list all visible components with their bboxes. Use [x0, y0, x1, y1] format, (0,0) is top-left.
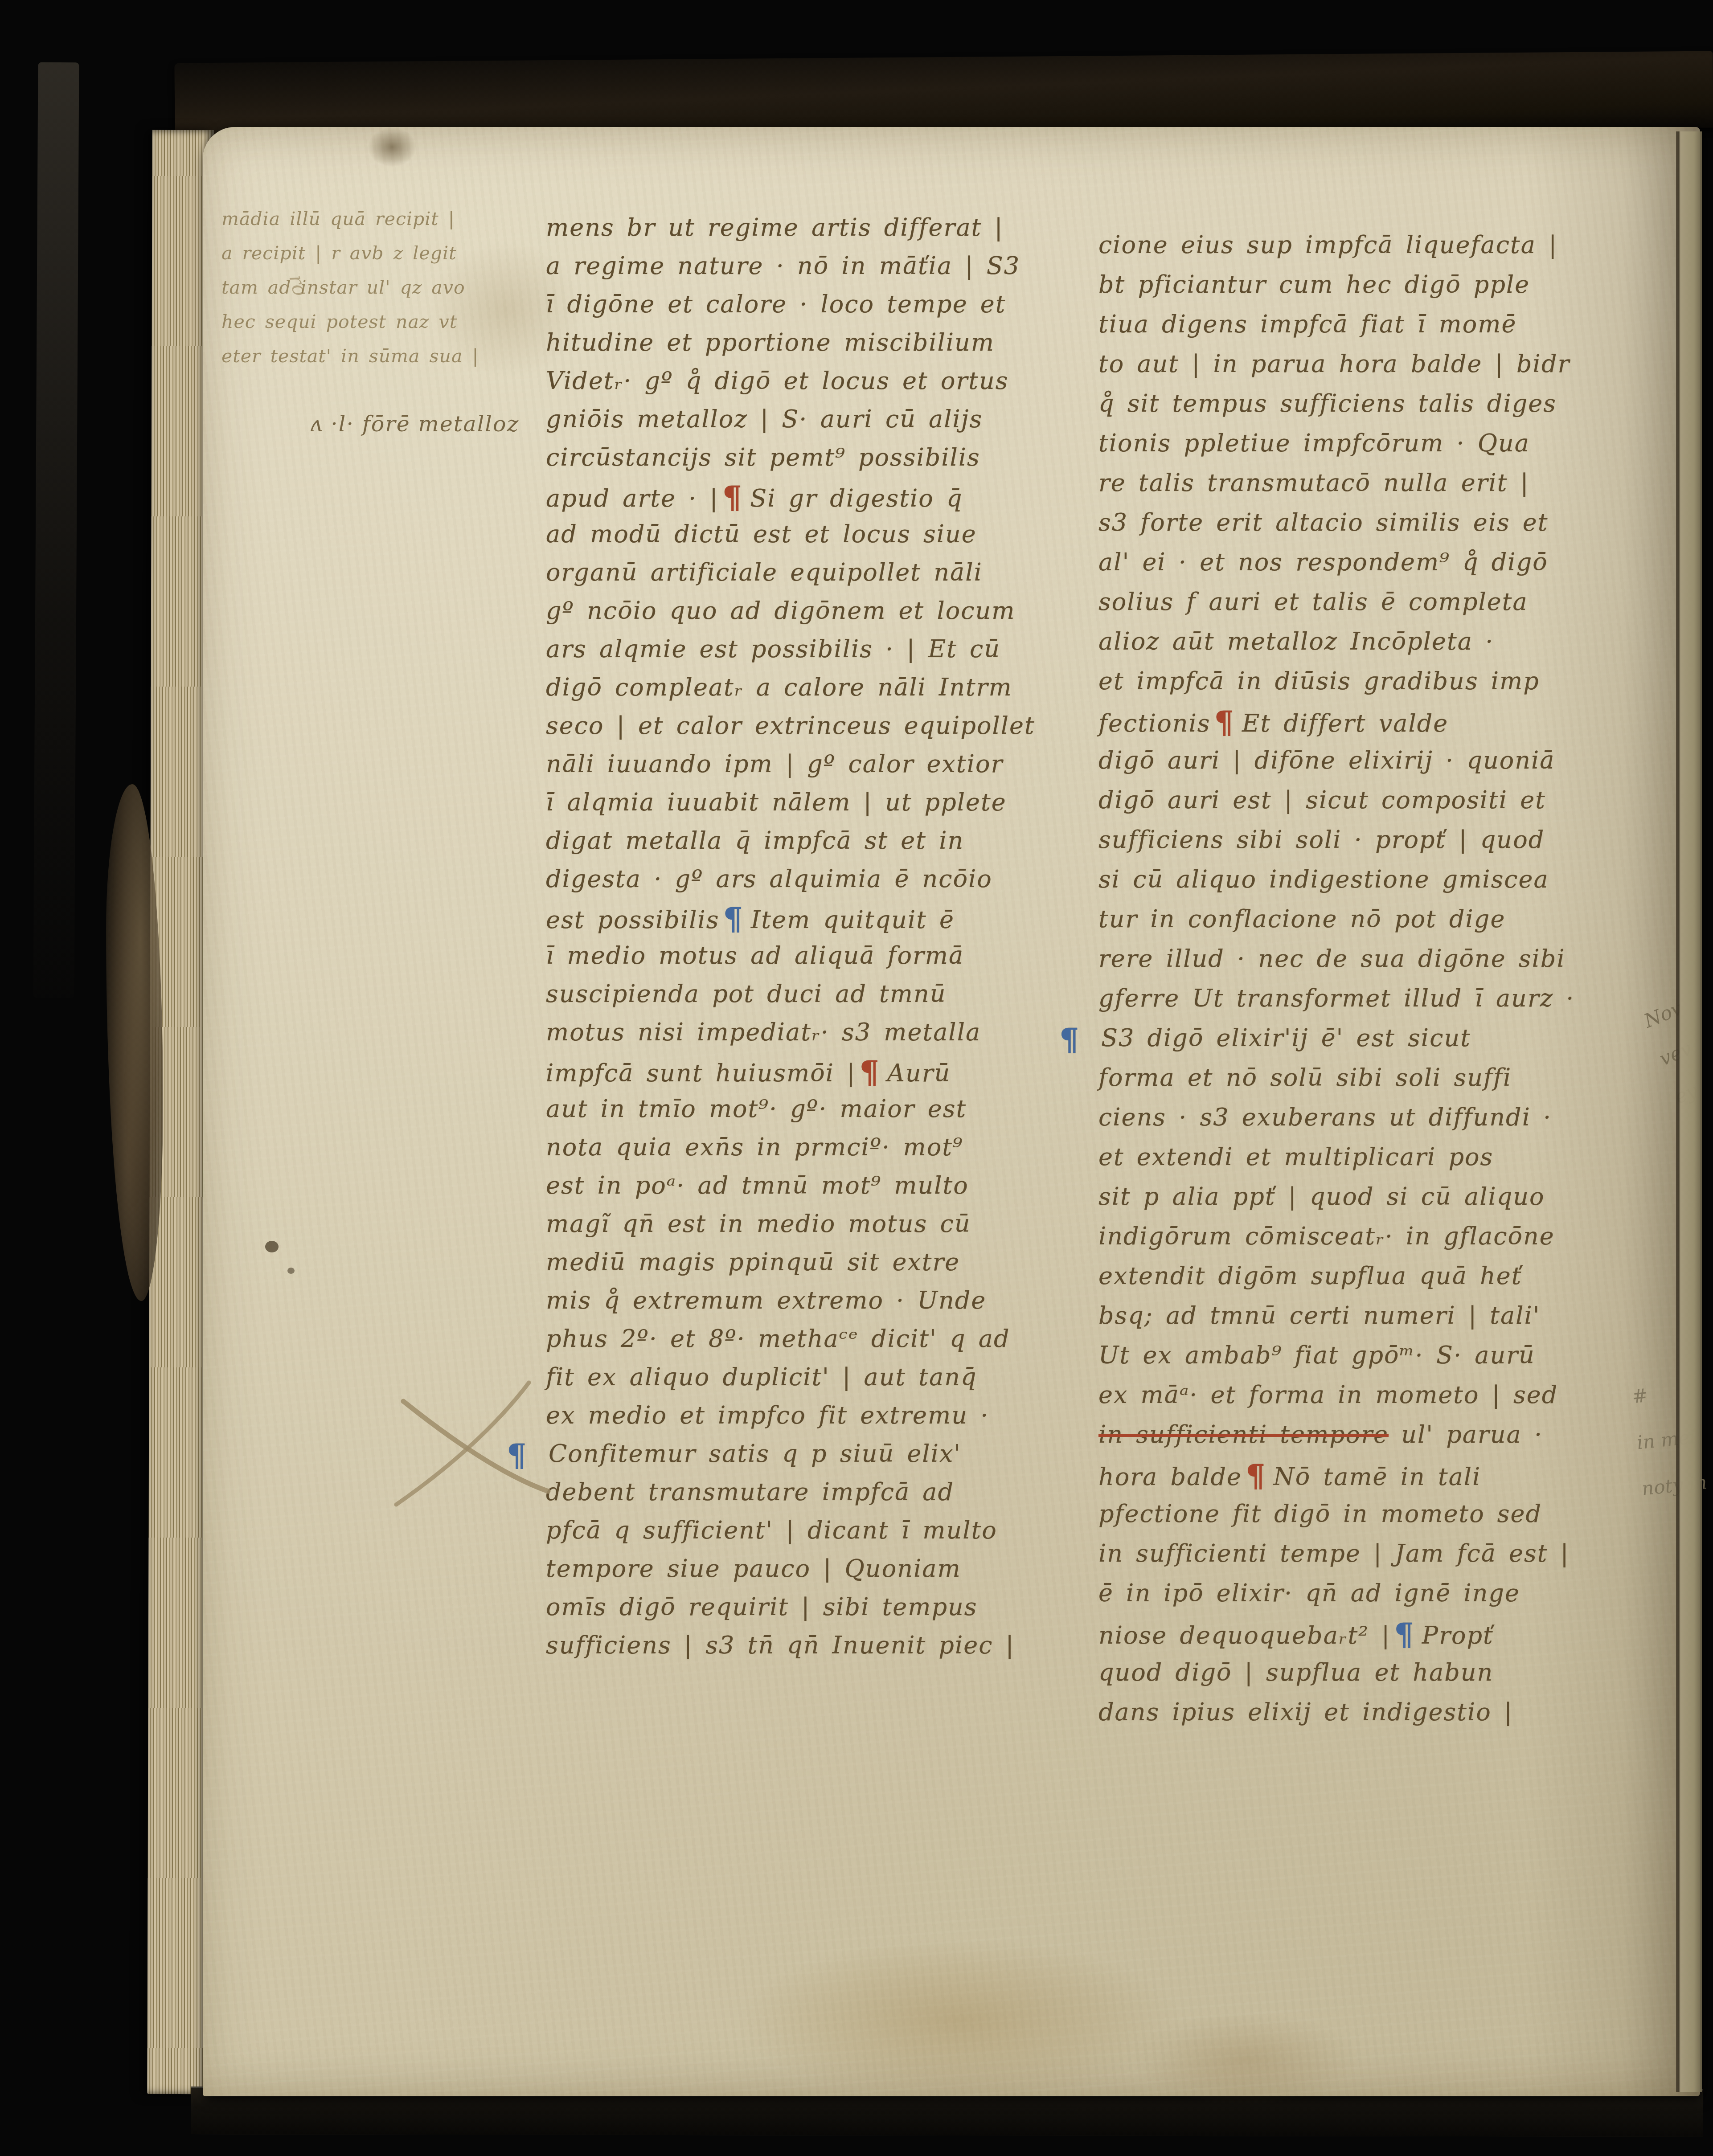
text-run: al' ei · et nos respondem⁹ q̊ digō: [1098, 548, 1548, 576]
manuscript-line: digō compleatᵣ a calore nāli Intrm: [546, 668, 1035, 707]
text-run: to aut | in parua hora balde | bidr: [1098, 350, 1570, 378]
manuscript-line: est in poᵃ· ad tmnū mot⁹ multo: [546, 1166, 1035, 1205]
manuscript-line: pfectione fit digō in mometo sed: [1098, 1494, 1575, 1534]
manuscript-line: hitudine et pportione miscibilium: [546, 323, 1035, 362]
text-run: omīs digō requirit | sibi tempus: [546, 1593, 978, 1621]
manuscript-line: extendit digōm supflua quā heť: [1098, 1256, 1575, 1296]
photo-background: { "colors": { "ink": "#5e4c2e", "ink_fad…: [0, 0, 1713, 2156]
manuscript-line: nāli iuuando ipm | gº calor extior: [546, 745, 1035, 783]
manuscript-line: est possibilis¶Item quitquit ē: [546, 898, 1035, 937]
text-run: pfcā q sufficient' | dicant ī multo: [546, 1516, 997, 1544]
text-run: alioz aūt metalloz Incōpleta ·: [1098, 627, 1494, 655]
manuscript-line: quod digō | supflua et habun: [1098, 1653, 1575, 1692]
manuscript-line: mis q̊ extremum extremo · Unde: [546, 1281, 1035, 1320]
manuscript-line: mens br ut regime artis differat |: [546, 209, 1035, 247]
text-run: digat metalla q̄ impfcā st et in: [546, 826, 964, 855]
text-run: Confitemur satis q p siuū elix': [549, 1440, 961, 1468]
text-run: sit p alia ppť | quod si cū aliquo: [1098, 1182, 1545, 1211]
manuscript-line: in sufficienti tempore ul' parua ·: [1098, 1415, 1575, 1454]
manuscript-line: tionis ppletiue impfcōrum · Qua: [1098, 423, 1575, 463]
text-run: tionis ppletiue impfcōrum · Qua: [1098, 429, 1530, 457]
text-run: ī alqmia iuuabit nālem | ut pplete: [546, 788, 1007, 816]
manuscript-line: fit ex aliquo duplicit' | aut tanq̄: [546, 1358, 1035, 1396]
manuscript-line: et extendi et multiplicari pos: [1098, 1137, 1575, 1177]
manuscript-line: digō auri | difōne elixirij · quoniā: [1098, 740, 1575, 780]
manuscript-line: debent transmutare impfcā ad: [546, 1473, 1035, 1511]
margin-side-note: ʌ ·l· fōrē metalloz: [310, 411, 519, 437]
manuscript-line: tempore siue pauco | Quoniam: [546, 1550, 1035, 1588]
manuscript-line: ī digōne et calore · loco tempe et: [546, 285, 1035, 323]
text-run: gº ncōio quo ad digōnem et locum: [546, 597, 1015, 625]
margin-note-line: eter testat' in sūma sua |: [221, 339, 479, 373]
text-column-right: cione eius sup impfcā liquefacta |bt pfi…: [1098, 225, 1575, 1732]
manuscript-line: ex medio et impfco fit extremu ·: [546, 1396, 1035, 1435]
margin-note-line: a recipit | r avb z legit: [221, 236, 479, 270]
text-run: et impfcā in diūsis gradibus imp: [1098, 667, 1540, 695]
text-run: bt pficiantur cum hec digō pple: [1098, 270, 1530, 299]
text-run: hitudine et pportione miscibilium: [546, 328, 995, 356]
manuscript-line: suscipienda pot duci ad tmnū: [546, 975, 1035, 1013]
stain: [1130, 2012, 1361, 2105]
manuscript-line: ad modū dictū est et locus siue: [546, 515, 1035, 553]
manuscript-line: apud arte · |¶Si gr digestio q̄: [546, 477, 1035, 515]
text-run: dans ipius elixij et indigestio |: [1098, 1698, 1513, 1726]
text-run: mis q̊ extremum extremo · Unde: [546, 1286, 986, 1314]
manuscript-line: bsq; ad tmnū certi numeri | tali': [1098, 1296, 1575, 1335]
struck-text: in sufficienti tempore: [1098, 1420, 1389, 1448]
text-run: ciens · s3 exuberans ut diffundi ·: [1098, 1103, 1552, 1131]
manuscript-line: pfcā q sufficient' | dicant ī multo: [546, 1511, 1035, 1550]
text-run: ars alqmie est possibilis · | Et cū: [546, 635, 1000, 663]
manuscript-line: a regime nature · nō in māťia | S3: [546, 247, 1035, 285]
text-run: ī digōne et calore · loco tempe et: [546, 290, 1006, 318]
text-run: bsq; ad tmnū certi numeri | tali': [1098, 1301, 1541, 1330]
manuscript-line: et impfcā in diūsis gradibus imp: [1098, 661, 1575, 701]
manuscript-line: gº ncōio quo ad digōnem et locum: [546, 592, 1035, 630]
manuscript-line: motus nisi impediatᵣ· s3 metalla: [546, 1013, 1035, 1051]
manuscript-line: circūstancijs sit pemt⁹ possibilis: [546, 438, 1035, 477]
margin-note-line: hec sequi potest naz vt: [221, 305, 479, 339]
manuscript-line: ¶Confitemur satis q p siuū elix': [546, 1435, 1035, 1473]
pilcrow-red-icon: ¶: [722, 479, 743, 515]
next-leaf-edge: [1676, 131, 1702, 2092]
manuscript-line: ē in ipō elixir· qn̄ ad ignē inge: [1098, 1573, 1575, 1613]
manuscript-line: re talis transmutacō nulla erit |: [1098, 463, 1575, 503]
text-run: sufficiens | s3 tn̄ qn̄ Inuenit piec |: [546, 1631, 1015, 1659]
manuscript-line: Videtᵣ· gº q̊ digō et locus et ortus: [546, 362, 1035, 400]
text-run: gferre Ut transformet illud ī aurz ·: [1098, 984, 1575, 1012]
manuscript-line: digō auri est | sicut compositi et: [1098, 780, 1575, 820]
manuscript-line: magĩ qn̄ est in medio motus cū: [546, 1205, 1035, 1243]
book-cover-left-edge: [33, 62, 79, 998]
manuscript-line: q̊ sit tempus sufficiens talis diges: [1098, 384, 1575, 423]
text-run: forma et nō solū sibi soli suffi: [1098, 1064, 1512, 1092]
text-run: q̊ sit tempus sufficiens talis diges: [1098, 389, 1557, 417]
manuscript-line: dans ipius elixij et indigestio |: [1098, 1692, 1575, 1732]
text-run: est possibilis: [546, 906, 719, 934]
text-run: cione eius sup impfcā liquefacta |: [1098, 231, 1557, 259]
text-run: ad modū dictū est et locus siue: [546, 520, 977, 548]
manuscript-line: gferre Ut transformet illud ī aurz ·: [1098, 978, 1575, 1018]
text-run: re talis transmutacō nulla erit |: [1098, 469, 1529, 497]
text-run: si cū aliquo indigestione gmiscea: [1098, 865, 1549, 893]
text-run: organū artificiale equipollet nāli: [546, 558, 983, 586]
manuscript-line: to aut | in parua hora balde | bidr: [1098, 344, 1575, 384]
text-run: mediū magis ppinquū sit extre: [546, 1248, 960, 1276]
text-run: mens br ut regime artis differat |: [546, 213, 1004, 241]
text-run: S3 digō elixir'ij ē' est sicut: [1101, 1024, 1471, 1052]
manuscript-line: gniōis metalloz | S· auri cū alijs: [546, 400, 1035, 438]
manuscript-line: digat metalla q̄ impfcā st et in: [546, 822, 1035, 860]
text-column-left: mens br ut regime artis differat |a regi…: [546, 209, 1035, 1665]
manuscript-line: in sufficienti tempe | Jam fcā est |: [1098, 1534, 1575, 1573]
text-run: Item quitquit ē: [751, 906, 955, 934]
text-run: ul' parua ·: [1389, 1420, 1543, 1448]
text-run: aut in tmīo mot⁹· gº· maior est: [546, 1095, 967, 1123]
text-run: hora balde: [1098, 1463, 1242, 1491]
manuscript-line: fectionis¶Et differt valde: [1098, 701, 1575, 740]
manuscript-line: rere illud · nec de sua digōne sibi: [1098, 939, 1575, 978]
text-run: digō auri | difōne elixirij · quoniā: [1098, 746, 1555, 774]
manuscript-line: s3 forte erit altacio similis eis et: [1098, 503, 1575, 542]
manuscript-line: al' ei · et nos respondem⁹ q̊ digō: [1098, 542, 1575, 582]
manuscript-line: ī alqmia iuuabit nālem | ut pplete: [546, 783, 1035, 822]
text-run: tur in conflacione nō pot dige: [1098, 905, 1505, 933]
text-run: apud arte · |: [546, 484, 719, 512]
text-run: Aurū: [887, 1059, 951, 1087]
text-run: s3 forte erit altacio similis eis et: [1098, 508, 1548, 536]
text-run: digesta · gº ars alquimia ē ncōio: [546, 865, 992, 893]
text-run: magĩ qn̄ est in medio motus cū: [546, 1210, 971, 1238]
text-run: ī medio motus ad aliquā formā: [546, 941, 964, 970]
manuscript-line: ¶S3 digō elixir'ij ē' est sicut: [1098, 1018, 1575, 1058]
ink-spot: [287, 1268, 295, 1274]
stain: [368, 127, 417, 167]
text-run: tiua digens impfcā fiat ī momē: [1098, 310, 1516, 338]
manuscript-line: hora balde¶Nō tamē in tali: [1098, 1454, 1575, 1494]
manuscript-line: cione eius sup impfcā liquefacta |: [1098, 225, 1575, 265]
manuscript-line: digesta · gº ars alquimia ē ncōio: [546, 860, 1035, 898]
text-run: seco | et calor extrinceus equipollet: [546, 712, 1035, 740]
text-run: suscipienda pot duci ad tmnū: [546, 980, 947, 1008]
manuscript-line: ī medio motus ad aliquā formā: [546, 937, 1035, 975]
text-run: tempore siue pauco | Quoniam: [546, 1555, 961, 1583]
text-run: rere illud · nec de sua digōne sibi: [1098, 945, 1565, 973]
text-run: Si gr digestio q̄: [750, 484, 963, 512]
text-run: motus nisi impediatᵣ· s3 metalla: [546, 1018, 981, 1046]
text-run: in sufficienti tempe | Jam fcā est |: [1098, 1539, 1570, 1567]
manuscript-line: ars alqmie est possibilis · | Et cū: [546, 630, 1035, 668]
manuscript-line: impfcā sunt huiusmōi |¶Aurū: [546, 1051, 1035, 1090]
text-run: et extendi et multiplicari pos: [1098, 1143, 1493, 1171]
pilcrow-red-icon: ¶: [1246, 1457, 1266, 1494]
margin-x-mark: [390, 1375, 559, 1517]
text-run: nota quia exn̄s in prmciº· mot⁹: [546, 1133, 963, 1161]
text-run: digō compleatᵣ a calore nāli Intrm: [546, 673, 1012, 701]
text-run: pfectione fit digō in mometo sed: [1098, 1500, 1542, 1528]
text-run: Et differt valde: [1242, 709, 1448, 737]
manuscript-line: tur in conflacione nō pot dige: [1098, 899, 1575, 939]
text-run: debent transmutare impfcā ad: [546, 1478, 954, 1506]
manuscript-line: sit p alia ppť | quod si cū aliquo: [1098, 1177, 1575, 1216]
manuscript-line: indigōrum cōmisceatᵣ· in gflacōne: [1098, 1216, 1575, 1256]
text-run: Propť: [1422, 1621, 1494, 1649]
manuscript-line: sufficiens sibi soli · propť | quod: [1098, 820, 1575, 859]
pilcrow-red-icon: ¶: [1214, 704, 1235, 740]
text-run: ex māᵃ· et forma in mometo | sed: [1098, 1381, 1558, 1409]
text-run: impfcā sunt huiusmōi |: [546, 1059, 856, 1087]
text-run: circūstancijs sit pemt⁹ possibilis: [546, 443, 980, 471]
manuscript-line: ciens · s3 exuberans ut diffundi ·: [1098, 1097, 1575, 1137]
text-run: niose dequoquebaᵣt² |: [1098, 1621, 1390, 1649]
text-run: a regime nature · nō in māťia | S3: [546, 252, 1020, 280]
manuscript-line: ex māᵃ· et forma in mometo | sed: [1098, 1375, 1575, 1415]
manuscript-page: mādia illū quā recipit | a recipit | r a…: [203, 127, 1700, 2096]
text-run: extendit digōm supflua quā heť: [1098, 1262, 1522, 1290]
text-run: fit ex aliquo duplicit' | aut tanq̄: [546, 1363, 977, 1391]
manuscript-line: sufficiens | s3 tn̄ qn̄ Inuenit piec |: [546, 1626, 1035, 1665]
text-run: fectionis: [1098, 709, 1210, 737]
margin-note-line: tam ad instar ul' qz avo: [221, 270, 479, 305]
ink-spot: [265, 1241, 279, 1252]
text-run: ē in ipō elixir· qn̄ ad ignē inge: [1098, 1579, 1520, 1607]
manuscript-line: forma et nō solū sibi soli suffi: [1098, 1058, 1575, 1097]
text-run: nāli iuuando ipm | gº calor extior: [546, 750, 1003, 778]
text-run: Nō tamē in tali: [1274, 1463, 1481, 1491]
manuscript-line: mediū magis ppinquū sit extre: [546, 1243, 1035, 1281]
text-run: solius f auri et talis ē completa: [1098, 588, 1528, 616]
manuscript-line: bt pficiantur cum hec digō pple: [1098, 265, 1575, 304]
pilcrow-blue-icon: ¶: [1059, 1019, 1080, 1059]
pilcrow-red-icon: ¶: [859, 1053, 880, 1090]
pilcrow-blue-icon: ¶: [723, 900, 744, 937]
text-run: digō auri est | sicut compositi et: [1098, 786, 1546, 814]
manuscript-line: Ut ex ambab⁹ fiat gpōᵐ· S· aurū: [1098, 1335, 1575, 1375]
manuscript-line: niose dequoquebaᵣt² |¶Propť: [1098, 1613, 1575, 1653]
manuscript-line: nota quia exn̄s in prmciº· mot⁹: [546, 1128, 1035, 1166]
margin-annotation-block: mādia illū quā recipit | a recipit | r a…: [221, 202, 479, 373]
manuscript-line: seco | et calor extrinceus equipollet: [546, 707, 1035, 745]
text-run: gniōis metalloz | S· auri cū alijs: [546, 405, 983, 433]
margin-note-line: mādia illū quā recipit |: [221, 202, 479, 236]
text-run: quod digō | supflua et habun: [1098, 1658, 1493, 1686]
manuscript-line: si cū aliquo indigestione gmiscea: [1098, 859, 1575, 899]
text-run: phus 2º· et 8º· methaᶜᵉ dicit' q ad: [546, 1325, 1010, 1353]
manuscript-line: omīs digō requirit | sibi tempus: [546, 1588, 1035, 1626]
pilcrow-blue-icon: ¶: [1394, 1616, 1415, 1653]
manuscript-line: organū artificiale equipollet nāli: [546, 553, 1035, 592]
text-run: sufficiens sibi soli · propť | quod: [1098, 826, 1545, 854]
text-run: ex medio et impfco fit extremu ·: [546, 1401, 989, 1429]
manuscript-line: solius f auri et talis ē completa: [1098, 582, 1575, 622]
text-run: Videtᵣ· gº q̊ digō et locus et ortus: [546, 367, 1008, 395]
manuscript-line: alioz aūt metalloz Incōpleta ·: [1098, 622, 1575, 661]
text-run: Ut ex ambab⁹ fiat gpōᵐ· S· aurū: [1098, 1341, 1535, 1369]
book-cover-top-edge: [174, 51, 1713, 139]
text-run: indigōrum cōmisceatᵣ· in gflacōne: [1098, 1222, 1555, 1250]
stain: [742, 1940, 1179, 2101]
manuscript-line: phus 2º· et 8º· methaᶜᵉ dicit' q ad: [546, 1320, 1035, 1358]
text-run: est in poᵃ· ad tmnū mot⁹ multo: [546, 1171, 969, 1199]
manuscript-line: tiua digens impfcā fiat ī momē: [1098, 304, 1575, 344]
manuscript-line: aut in tmīo mot⁹· gº· maior est: [546, 1090, 1035, 1128]
